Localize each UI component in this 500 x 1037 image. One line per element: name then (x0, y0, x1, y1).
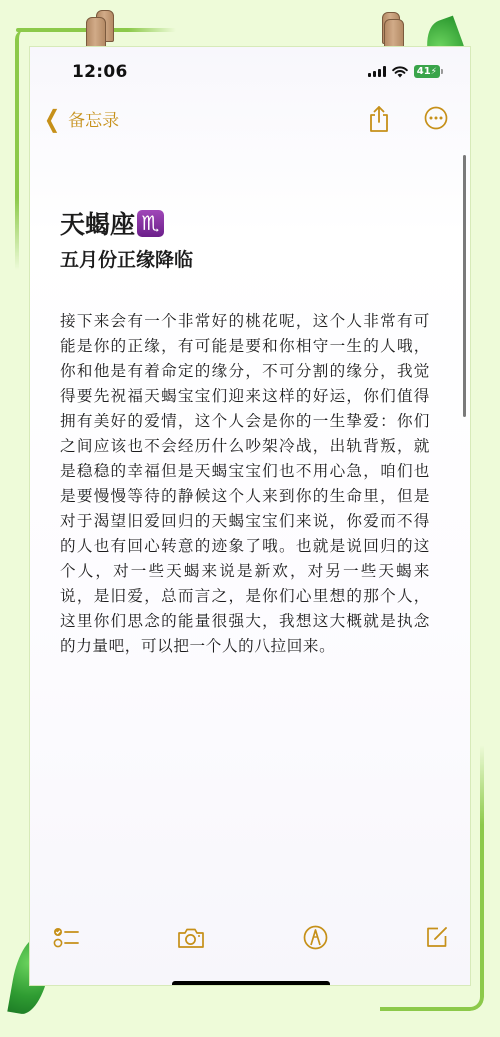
camera-button[interactable] (177, 927, 205, 953)
battery-level: 41 (417, 66, 431, 77)
signal-icon (368, 66, 386, 77)
share-button[interactable] (368, 105, 390, 137)
compose-button[interactable] (425, 925, 449, 953)
navigation-bar: ❮ 备忘录 (30, 102, 470, 142)
markup-button[interactable] (303, 925, 328, 954)
back-button[interactable]: ❮ 备忘录 (42, 106, 119, 131)
notes-screen: 12:06 41⚡ ❮ 备忘录 (30, 47, 470, 985)
checklist-button[interactable] (53, 927, 81, 953)
checklist-icon (53, 927, 81, 949)
ellipsis-circle-icon (424, 106, 448, 130)
decor-frame-left (15, 30, 24, 270)
note-body[interactable]: 接下来会有一个非常好的桃花呢，这个人非常有可能是你的正缘，有可能是要和你相守一生… (60, 309, 430, 659)
status-bar: 12:06 41⚡ (30, 47, 470, 97)
scrollbar[interactable] (463, 155, 466, 417)
note-title: 天蝎座 ♏ (60, 207, 430, 239)
status-icons: 41⚡ (368, 65, 440, 78)
more-button[interactable] (424, 106, 448, 134)
scorpio-emoji-icon: ♏ (137, 210, 164, 237)
home-indicator[interactable] (172, 981, 330, 985)
share-icon (368, 105, 390, 133)
note-content[interactable]: 天蝎座 ♏ 五月份正缘降临 接下来会有一个非常好的桃花呢，这个人非常有可能是你的… (60, 207, 430, 659)
note-title-text: 天蝎座 (60, 205, 135, 241)
note-subtitle: 五月份正缘降临 (60, 245, 430, 272)
wifi-icon (392, 66, 408, 78)
status-time: 12:06 (72, 62, 128, 82)
pen-tip-circle-icon (303, 925, 328, 950)
bottom-toolbar (30, 919, 470, 959)
camera-icon (177, 927, 205, 949)
back-label: 备忘录 (68, 106, 119, 131)
chevron-left-icon: ❮ (44, 107, 60, 131)
compose-icon (425, 925, 449, 949)
battery-icon: 41⚡ (414, 65, 440, 78)
charging-bolt-icon: ⚡ (431, 67, 437, 77)
